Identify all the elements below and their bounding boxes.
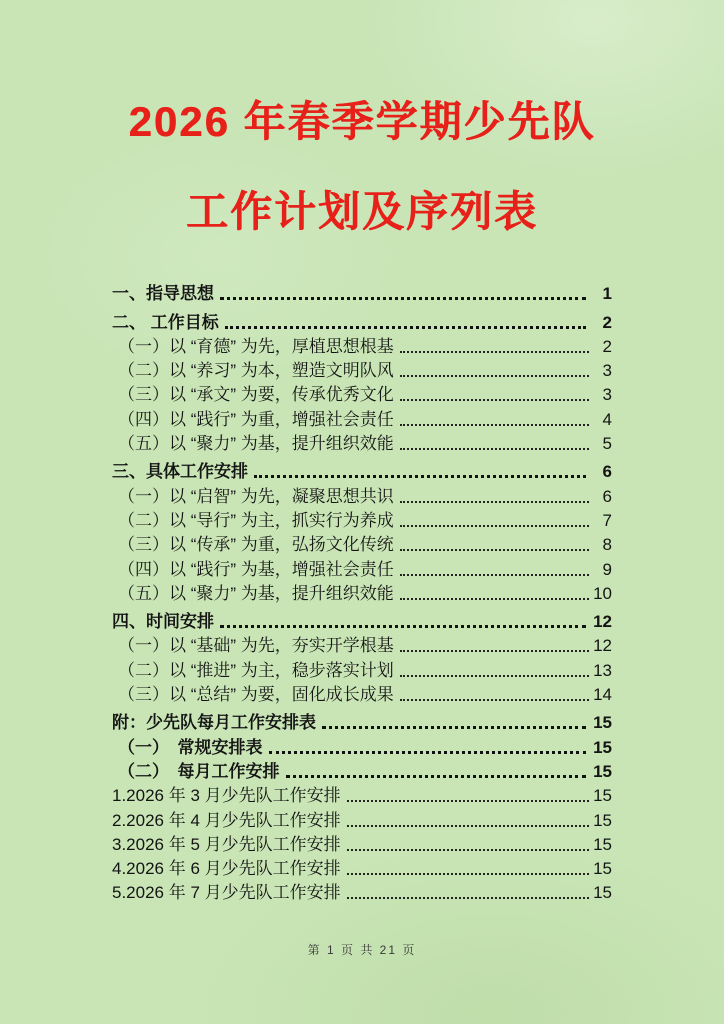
toc-entry-label: 三、具体工作安排 — [112, 461, 248, 483]
toc-entry-page-number: 3 — [592, 360, 612, 382]
toc-entry-page-number: 14 — [592, 684, 612, 706]
toc-entry-label: 二、 工作目标 — [112, 312, 219, 334]
toc-dotted-leader — [400, 424, 589, 426]
toc-entry-18[interactable]: 附：少先队每月工作安排表 15 — [112, 710, 612, 734]
toc-dotted-leader — [400, 501, 589, 503]
toc-entry-19[interactable]: （一） 常规安排表 15 — [112, 734, 612, 758]
toc-entry-page-number: 15 — [592, 858, 612, 880]
toc-entry-page-number: 15 — [592, 810, 612, 832]
toc-entry-label: 3.2026 年 5 月少先队工作安排 — [112, 834, 341, 856]
toc-entry-label: 1.2026 年 3 月少先队工作安排 — [112, 785, 341, 807]
toc-entry-8[interactable]: 三、具体工作安排 6 — [112, 459, 612, 483]
toc-entry-page-number: 15 — [592, 712, 612, 734]
toc-entry-label: 4.2026 年 6 月少先队工作安排 — [112, 858, 341, 880]
toc-entry-label: （三）以 “总结” 为要，固化成长成果 — [118, 684, 394, 706]
toc-dotted-leader — [347, 800, 589, 802]
toc-entry-page-number: 15 — [592, 785, 612, 807]
toc-entry-22[interactable]: 2.2026 年 4 月少先队工作安排 15 — [112, 807, 612, 831]
toc-entry-label: （二）以 “养习” 为本，塑造文明队风 — [118, 360, 394, 382]
toc-entry-25[interactable]: 5.2026 年 7 月少先队工作安排 15 — [112, 880, 612, 904]
toc-entry-page-number: 4 — [592, 409, 612, 431]
toc-entry-16[interactable]: （二）以 “推进” 为主，稳步落实计划 13 — [112, 657, 612, 681]
toc-entry-label: （五）以 “聚力” 为基，提升组织效能 — [118, 583, 394, 605]
toc-entry-page-number: 12 — [592, 635, 612, 657]
toc-dotted-leader — [400, 399, 589, 401]
toc-entry-10[interactable]: （二）以 “导行” 为主，抓实行为养成 7 — [112, 508, 612, 532]
toc-dotted-leader — [347, 897, 589, 899]
page-footer: 第 1 页 共 21 页 — [0, 941, 724, 958]
toc-dotted-leader — [347, 825, 589, 827]
toc-dotted-leader — [400, 351, 589, 353]
toc-entry-label: （四）以 “践行” 为重，增强社会责任 — [118, 409, 394, 431]
toc-entry-label: （一）以 “育德” 为先，厚植思想根基 — [118, 336, 394, 358]
toc-entry-9[interactable]: （一）以 “启智” 为先，凝聚思想共识 6 — [112, 483, 612, 507]
toc-entry-label: （二） 每月工作安排 — [118, 761, 280, 783]
toc-entry-label: （四）以 “践行” 为基，增强社会责任 — [118, 559, 394, 581]
toc-entry-12[interactable]: （四）以 “践行” 为基，增强社会责任 9 — [112, 556, 612, 580]
toc-entry-label: 附：少先队每月工作安排表 — [112, 712, 316, 734]
toc-entry-11[interactable]: （三）以 “传承” 为重，弘扬文化传统 8 — [112, 532, 612, 556]
toc-entry-page-number: 3 — [592, 384, 612, 406]
document-page: 2026 年春季学期少先队 工作计划及序列表 一、指导思想 1 二、 工作目标 … — [0, 0, 724, 1024]
toc-entry-page-number: 5 — [592, 433, 612, 455]
toc-entry-14[interactable]: 四、时间安排 12 — [112, 609, 612, 633]
toc-entry-label: （一）以 “启智” 为先，凝聚思想共识 — [118, 486, 394, 508]
toc-entry-page-number: 15 — [592, 761, 612, 783]
toc-dotted-leader — [225, 326, 586, 329]
toc-entry-20[interactable]: （二） 每月工作安排 15 — [112, 759, 612, 783]
toc-dotted-leader — [400, 448, 589, 450]
toc-dotted-leader — [254, 475, 586, 478]
toc-entry-page-number: 2 — [592, 336, 612, 358]
toc-entry-label: （一） 常规安排表 — [118, 737, 263, 759]
toc-entry-label: 一、指导思想 — [112, 283, 214, 305]
toc-dotted-leader — [400, 699, 589, 701]
toc-entry-page-number: 15 — [592, 737, 612, 759]
toc-entry-page-number: 8 — [592, 534, 612, 556]
document-title: 2026 年春季学期少先队 工作计划及序列表 — [0, 98, 724, 236]
toc-entry-4[interactable]: （二）以 “养习” 为本，塑造文明队风 3 — [112, 358, 612, 382]
toc-entry-label: （三）以 “承文” 为要，传承优秀文化 — [118, 384, 394, 406]
toc-dotted-leader — [347, 873, 589, 875]
table-of-contents: 一、指导思想 1 二、 工作目标 2 （一）以 “育德” 为先，厚植思想根基 2… — [112, 281, 612, 904]
title-line-2: 工作计划及序列表 — [0, 188, 724, 236]
title-line-1: 2026 年春季学期少先队 — [0, 98, 724, 146]
toc-dotted-leader — [347, 849, 589, 851]
toc-dotted-leader — [400, 375, 589, 377]
toc-entry-page-number: 6 — [592, 486, 612, 508]
toc-entry-label: 2.2026 年 4 月少先队工作安排 — [112, 810, 341, 832]
toc-dotted-leader — [400, 525, 589, 527]
toc-entry-6[interactable]: （四）以 “践行” 为重，增强社会责任 4 — [112, 406, 612, 430]
toc-entry-7[interactable]: （五）以 “聚力” 为基，提升组织效能 5 — [112, 431, 612, 455]
toc-entry-label: （一）以 “基础” 为先，夯实开学根基 — [118, 635, 394, 657]
toc-entry-page-number: 9 — [592, 559, 612, 581]
toc-entry-label: （三）以 “传承” 为重，弘扬文化传统 — [118, 534, 394, 556]
toc-dotted-leader — [400, 598, 589, 600]
toc-entry-page-number: 15 — [592, 882, 612, 904]
toc-entry-page-number: 1 — [592, 283, 612, 305]
toc-entry-15[interactable]: （一）以 “基础” 为先，夯实开学根基 12 — [112, 633, 612, 657]
toc-dotted-leader — [220, 297, 586, 300]
toc-entry-page-number: 13 — [592, 660, 612, 682]
toc-dotted-leader — [269, 751, 587, 754]
toc-entry-5[interactable]: （三）以 “承文” 为要，传承优秀文化 3 — [112, 382, 612, 406]
toc-entry-page-number: 12 — [592, 611, 612, 633]
toc-entry-label: （五）以 “聚力” 为基，提升组织效能 — [118, 433, 394, 455]
toc-entry-page-number: 10 — [592, 583, 612, 605]
toc-entry-page-number: 6 — [592, 461, 612, 483]
toc-entry-page-number: 2 — [592, 312, 612, 334]
page-number-indicator: 第 1 页 共 21 页 — [308, 943, 417, 957]
toc-entry-label: （二）以 “推进” 为主，稳步落实计划 — [118, 660, 394, 682]
toc-entry-page-number: 7 — [592, 510, 612, 532]
toc-entry-page-number: 15 — [592, 834, 612, 856]
toc-entry-2[interactable]: 二、 工作目标 2 — [112, 309, 612, 333]
toc-entry-13[interactable]: （五）以 “聚力” 为基，提升组织效能 10 — [112, 581, 612, 605]
toc-entry-24[interactable]: 4.2026 年 6 月少先队工作安排 15 — [112, 856, 612, 880]
toc-dotted-leader — [400, 650, 589, 652]
toc-entry-1[interactable]: 一、指导思想 1 — [112, 281, 612, 305]
toc-entry-23[interactable]: 3.2026 年 5 月少先队工作安排 15 — [112, 832, 612, 856]
toc-dotted-leader — [400, 675, 589, 677]
toc-dotted-leader — [220, 625, 586, 628]
toc-entry-label: 5.2026 年 7 月少先队工作安排 — [112, 882, 341, 904]
toc-entry-label: （二）以 “导行” 为主，抓实行为养成 — [118, 510, 394, 532]
toc-dotted-leader — [322, 726, 586, 729]
toc-dotted-leader — [286, 775, 587, 778]
toc-dotted-leader — [400, 549, 589, 551]
toc-entry-21[interactable]: 1.2026 年 3 月少先队工作安排 15 — [112, 783, 612, 807]
toc-entry-label: 四、时间安排 — [112, 611, 214, 633]
toc-entry-3[interactable]: （一）以 “育德” 为先，厚植思想根基 2 — [112, 334, 612, 358]
toc-dotted-leader — [400, 574, 589, 576]
toc-entry-17[interactable]: （三）以 “总结” 为要，固化成长成果 14 — [112, 682, 612, 706]
